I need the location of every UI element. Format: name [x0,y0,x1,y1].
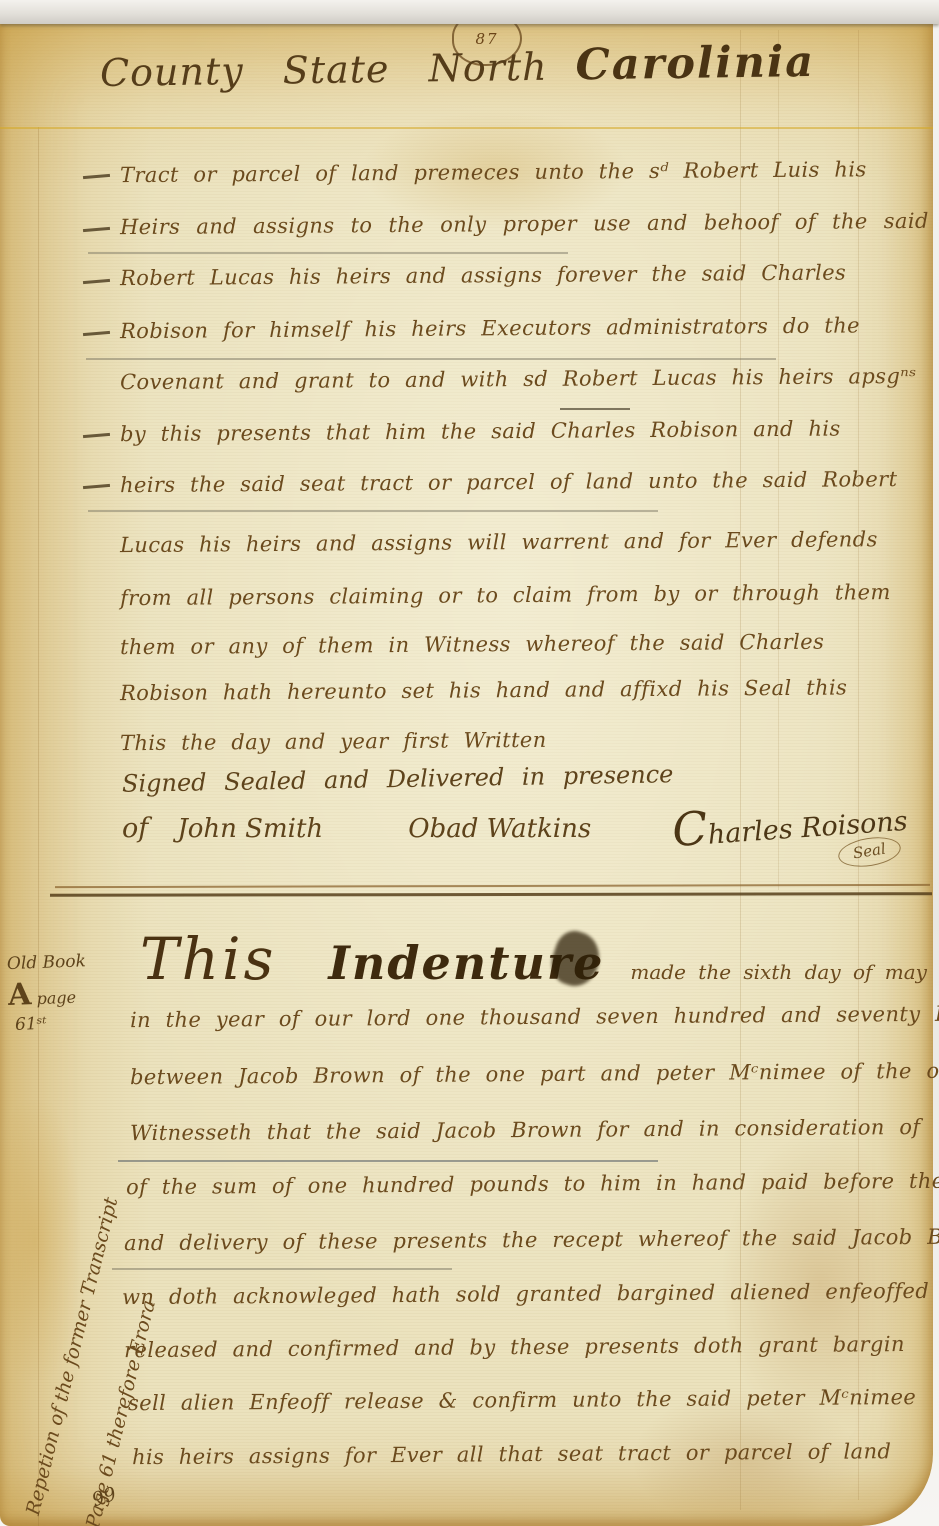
margin-dash [83,484,110,489]
margin-note-old-book: Old Book A page 61ˢᵗ [7,950,128,1035]
witness-name: John Smith [177,814,323,844]
margin-dash [83,227,110,232]
attestation-line: Signed Sealed and Delivered in presence [122,760,674,798]
margin-dash [83,174,110,179]
manuscript-line: and delivery of these presents the recep… [124,1225,934,1255]
margin-dash [83,433,110,438]
underline [118,1160,658,1162]
underline [560,408,630,410]
page-header: County State NorthCarolinia [100,37,816,97]
margin-note-line: 61ˢᵗ [15,1011,128,1035]
underline [88,510,658,512]
manuscript-line: Lucas his heirs and assigns will warrent… [120,527,930,557]
manuscript-line: between Jacob Brown of the one part and … [130,1059,939,1089]
indenture-opening: ThisIndenturemade the sixth day of may [140,925,927,993]
underline [86,358,776,360]
header-text-large: Carolinia [575,37,815,90]
opening-word-this: This [140,925,276,993]
ruled-line [0,127,933,129]
witness-prefix: of [122,813,148,844]
manuscript-line: Heirs and assigns to the only proper use… [120,209,930,239]
margin-dash [83,279,110,284]
margin-dash [83,331,110,336]
manuscript-line: by this presents that him the said Charl… [120,416,930,446]
manuscript-line: Covenant and grant to and with sd Robert… [120,364,930,394]
witness-name: Obad Watkins [408,814,591,844]
manuscript-line: Robert Lucas his heirs and assigns forev… [120,260,930,290]
margin-note-rest: page [31,988,76,1009]
manuscript-line: from all persons claiming or to claim fr… [120,580,930,610]
section-divider [55,884,930,888]
manuscript-line: of the sum of one hundred pounds to him … [126,1169,936,1199]
header-text: County State North [100,45,548,95]
manuscript-line: them or any of them in Witness whereof t… [120,629,930,659]
manuscript-line: his heirs assigns for Ever all that seat… [132,1439,939,1469]
witness-row: of John Smith Obad Watkins [122,813,682,844]
manuscript-line: sell alien Enfeoff release & confirm unt… [128,1385,938,1415]
opening-rest: made the sixth day of may [630,960,927,984]
manuscript-line: heirs the said seat tract or parcel of l… [120,467,930,497]
margin-note-line: A page [7,974,126,1013]
section-divider [50,892,932,897]
fold-crease [38,127,39,1526]
manuscript-line: released and confirmed and by these pres… [124,1332,934,1362]
adjacent-page-edge [0,0,939,24]
manuscript-page: 87 County State NorthCarolinia Tract or … [0,20,933,1526]
manuscript-line: Tract or parcel of land premeces unto th… [120,157,930,187]
underline [112,1268,452,1270]
manuscript-line: Robison for himself his heirs Executors … [120,313,930,343]
manuscript-line: Witnesseth that the said Jacob Brown for… [130,1115,939,1145]
manuscript-line: in the year of our lord one thousand sev… [130,1002,939,1032]
manuscript-line: This the day and year first Written [120,725,930,755]
manuscript-line: wn doth acknowleged hath sold granted ba… [122,1279,932,1309]
margin-note-letter: A [7,977,31,1013]
underline [88,252,568,254]
margin-note-line: Old Book [7,950,126,974]
manuscript-line: Robison hath hereunto set his hand and a… [120,675,930,705]
